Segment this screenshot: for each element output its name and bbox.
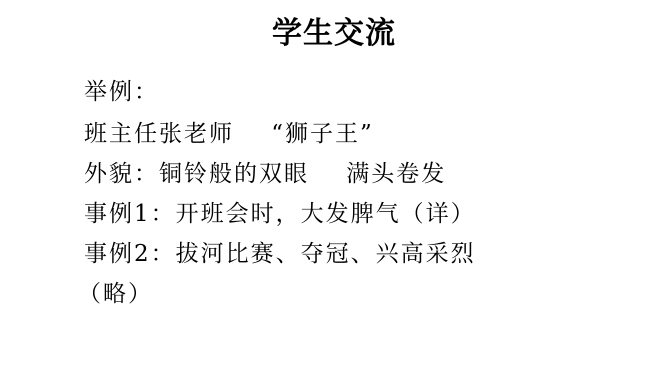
slide-title: 学生交流 (0, 14, 668, 54)
example-1-line: 事例1：开班会时，大发脾气（详） (84, 194, 476, 234)
omitted-note: （略） (78, 274, 476, 314)
slide-body: 举例： 班主任张老师 “狮子王” 外貌：铜铃般的双眼 满头卷发 事例1：开班会时… (84, 72, 476, 314)
teacher-line: 班主任张老师 “狮子王” (84, 114, 476, 154)
appearance-line: 外貌：铜铃般的双眼 满头卷发 (84, 154, 476, 194)
example-heading: 举例： (84, 72, 476, 112)
slide: 学生交流 举例： 班主任张老师 “狮子王” 外貌：铜铃般的双眼 满头卷发 事例1… (0, 0, 668, 376)
example-2-line: 事例2：拔河比赛、夺冠、兴高采烈 (84, 234, 476, 274)
